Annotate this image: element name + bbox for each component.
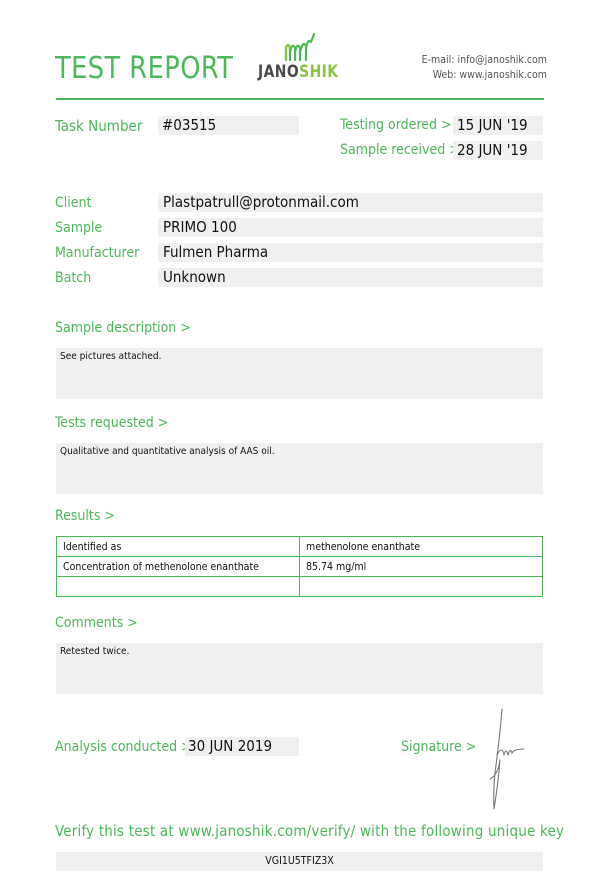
contact-email: E-mail: info@janoshik.com <box>422 53 547 68</box>
result-label: Identified as <box>57 537 300 557</box>
table-row <box>57 577 543 597</box>
analysis-conducted-label: Analysis conducted > <box>55 739 192 755</box>
task-number-value: #03515 <box>158 116 299 135</box>
contact-web: Web: www.janoshik.com <box>422 68 547 83</box>
sample-label: Sample <box>55 220 102 236</box>
testing-ordered-value: 15 JUN '19 <box>453 116 543 135</box>
signature-label: Signature > <box>401 739 476 755</box>
report-title: TEST REPORT <box>55 51 233 86</box>
comments-heading: Comments > <box>55 615 138 631</box>
testing-ordered-label: Testing ordered > <box>340 117 452 133</box>
client-label: Client <box>55 195 91 211</box>
verify-instructions: Verify this test at www.janoshik.com/ver… <box>55 822 564 840</box>
table-row: Concentration of methenolone enanthate 8… <box>57 557 543 577</box>
result-value <box>300 577 543 597</box>
sample-received-value: 28 JUN '19 <box>453 141 543 160</box>
result-label: Concentration of methenolone enanthate <box>57 557 300 577</box>
result-value: methenolone enanthate <box>300 537 543 557</box>
sample-description-heading: Sample description > <box>55 320 191 336</box>
unique-key: VGI1U5TFIZ3X <box>56 852 543 871</box>
batch-value: Unknown <box>158 268 543 287</box>
result-value: 85.74 mg/ml <box>300 557 543 577</box>
janoshik-logo: JANOSHIK <box>258 30 346 82</box>
tests-requested-heading: Tests requested > <box>55 415 168 431</box>
sample-value: PRIMO 100 <box>158 218 543 237</box>
signature-icon <box>480 705 530 815</box>
logo-bars-icon <box>258 30 346 62</box>
contact-info: E-mail: info@janoshik.com Web: www.janos… <box>422 53 547 83</box>
sample-description-text: See pictures attached. <box>56 348 543 399</box>
analysis-conducted-value: 30 JUN 2019 <box>185 737 299 756</box>
client-value: Plastpatrull@protonmail.com <box>158 193 543 212</box>
table-row: Identified as methenolone enanthate <box>57 537 543 557</box>
batch-label: Batch <box>55 270 91 286</box>
header-divider <box>56 98 544 100</box>
tests-requested-text: Qualitative and quantitative analysis of… <box>56 443 543 494</box>
manufacturer-value: Fulmen Pharma <box>158 243 543 262</box>
task-number-label: Task Number <box>55 117 142 135</box>
result-label <box>57 577 300 597</box>
manufacturer-label: Manufacturer <box>55 245 139 261</box>
results-table: Identified as methenolone enanthate Conc… <box>56 536 543 597</box>
results-heading: Results > <box>55 508 115 524</box>
sample-received-label: Sample received > <box>340 142 460 158</box>
comments-text: Retested twice. <box>56 643 543 694</box>
logo-wordmark: JANOSHIK <box>258 62 338 82</box>
